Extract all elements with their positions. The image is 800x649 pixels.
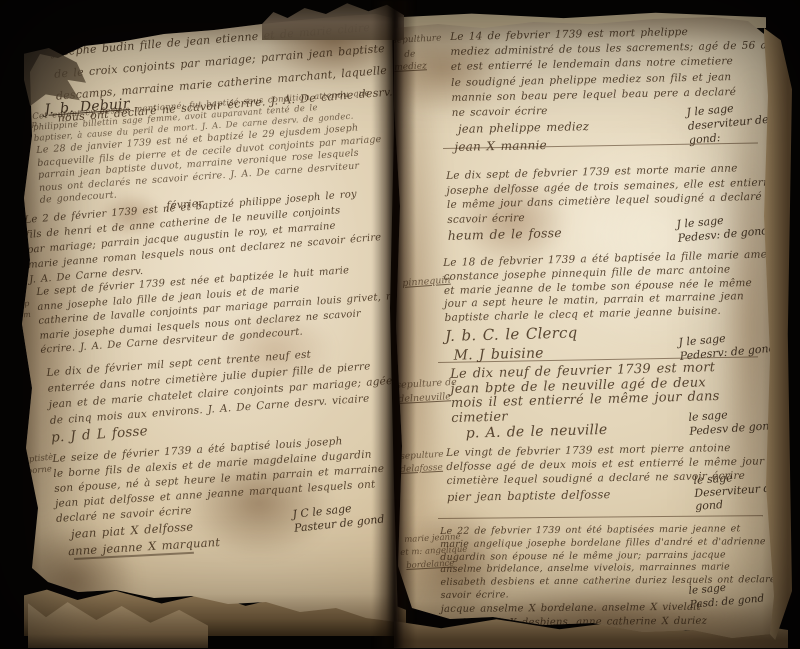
- entry-separator: [438, 515, 763, 519]
- register-entry-l7: Le seize de février 1739 a été baptisé l…: [52, 432, 389, 560]
- priest-signature: le sagePedesv de gond: [688, 405, 777, 439]
- priest-signature: J le sagedeserviteur degond:: [686, 99, 770, 148]
- manuscript-photo: Le 21 de janvier 1739 est née et baptisé…: [0, 0, 800, 649]
- entry-line: m Elisabeth X desbiens. anne catherine X…: [441, 614, 790, 631]
- margin-note: delneuville: [398, 391, 451, 405]
- margin-note: tem: [15, 310, 31, 320]
- register-entry-r6: Le 22 de febvrier 1739 ont été baptisées…: [440, 523, 790, 631]
- register-entry-l6: Le dix de février mil sept cent trente n…: [46, 341, 395, 447]
- torn-paper-flap: [262, 0, 404, 40]
- priest-signature: le sageDeserviteur degond: [693, 468, 778, 513]
- right-page: 11 Le 14 de febvrier 1739 est mort pheli…: [388, 6, 790, 646]
- page-number: 11: [496, 10, 514, 27]
- margin-note: mediez: [394, 61, 427, 73]
- page-stack-edge-corner: [28, 592, 208, 648]
- margin-note: delafosse: [400, 463, 443, 475]
- register-entry-r4: Le dix neuf de feuvrier 1739 est mortjea…: [450, 361, 720, 442]
- margin-note: de: [404, 49, 416, 60]
- margin-note: cap: [22, 119, 37, 129]
- margin-note: sepulture: [400, 450, 444, 462]
- margin-note: le borne: [16, 464, 52, 478]
- margin-note: bap: [14, 299, 30, 309]
- margin-note: sepulture de: [396, 377, 457, 391]
- left-page: Le 21 de janvier 1739 est née et baptisé…: [14, 8, 406, 638]
